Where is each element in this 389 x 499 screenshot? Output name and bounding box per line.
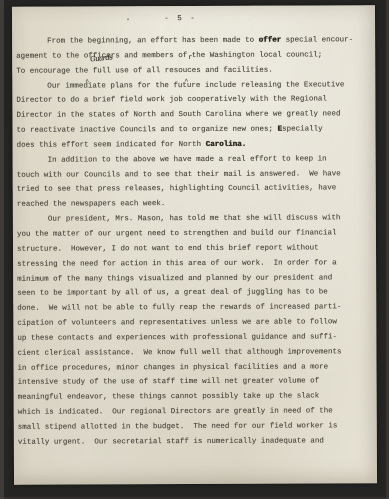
- text-run: reached the newspapers each week.: [17, 200, 166, 209]
- text-run: done. We will not be able to fully reap …: [17, 304, 341, 313]
- document-line: stressing the need for action in this ar…: [17, 256, 369, 272]
- text-run: seen to be important by all of us, a gre…: [17, 289, 328, 298]
- text-run: ces and facilities.: [187, 66, 273, 74]
- text-run: Our immediate plans for the future inclu…: [47, 81, 344, 90]
- text-run: intensive study of the use of staff time…: [18, 378, 320, 387]
- document-line: To encourage theGuards^ full use of all …: [16, 63, 368, 79]
- document-line: to reactivate inactive Councils and to o…: [16, 122, 368, 138]
- document-line: In addition to the above we have made a …: [17, 152, 369, 168]
- document-line: meaningful endeavor, these things cannot…: [18, 389, 370, 405]
- text-run: tried to see that press releases, highli…: [17, 185, 337, 194]
- text-run: vitally urgent. Our secretarial staff is…: [18, 437, 324, 446]
- bold-text: Carolina.: [206, 141, 247, 149]
- document-line: cipation of volunteers and representativ…: [17, 315, 369, 331]
- text-run: Director in the states of North and Sout…: [16, 111, 340, 120]
- document-line: which is indicated. Our regional Directo…: [18, 404, 370, 420]
- text-run: From the beginning, an effort has been m…: [47, 37, 259, 46]
- document-line: structure. However, I do not want to end…: [17, 241, 369, 257]
- document-line: in office procedures, minor changes in p…: [18, 360, 370, 376]
- text-run: small stipend allotted in the budget. Th…: [18, 422, 338, 431]
- document-line: tried to see that press releases, highli…: [17, 182, 369, 198]
- text-run: minimum of the many things visualized an…: [17, 274, 332, 283]
- text-run: structure. However, I do not want to end…: [17, 244, 319, 253]
- text-run: Our president, Mrs. Mason, has told me t…: [48, 214, 341, 223]
- document-line: minimum of the many things visualized an…: [17, 271, 369, 287]
- document-line: small stipend allotted in the budget. Th…: [18, 419, 370, 435]
- text-run: meaningful endeavor, these things cannot…: [18, 393, 320, 402]
- text-run: which is indicated. Our regional Directo…: [18, 407, 333, 416]
- document-line: you the matter of our urgent need to str…: [17, 226, 369, 242]
- document-line: Our immediate plans for the future inclu…: [16, 78, 368, 94]
- document-line: touch with our Councils and to see that …: [17, 167, 369, 183]
- text-run: cient clerical assistance. We know full …: [17, 348, 341, 357]
- document-line: From the beginning, an effort has been m…: [16, 33, 368, 49]
- text-run: touch with our Councils and to see that …: [17, 170, 341, 179]
- document-line: Our president, Mrs. Mason, has told me t…: [17, 211, 369, 227]
- text-run: in office procedures, minor changes in p…: [18, 363, 329, 372]
- text-run: special encour-: [281, 36, 353, 44]
- text-run: specially: [282, 126, 323, 134]
- text-run: To encourage the: [16, 67, 88, 75]
- document-line: done. We will not be able to fully reap …: [17, 300, 369, 316]
- text-run: up these contacts and experiences with p…: [17, 333, 337, 342]
- ink-speck: [127, 18, 129, 20]
- text-run: agement to the officers and members of t…: [16, 51, 322, 60]
- document-line: cient clerical assistance. We know full …: [17, 345, 369, 361]
- text-run: does this effort seem indicated for Nort…: [17, 141, 206, 150]
- document-line: up these contacts and experiences with p…: [17, 330, 369, 346]
- text-run: cipation of volunteers and representativ…: [17, 318, 337, 327]
- document-line: seen to be important by all of us, a gre…: [17, 286, 369, 302]
- document-line: Director to do a brief field work job co…: [16, 93, 368, 109]
- page-number: - 5 -: [12, 14, 349, 23]
- bold-text: offer: [259, 37, 282, 45]
- text-run: In addition to the above we have made a …: [48, 155, 327, 164]
- document-line: does this effort seem indicated for Nort…: [17, 137, 369, 153]
- text-block: From the beginning, an effort has been m…: [16, 33, 370, 450]
- text-run: to reactivate inactive Councils and to o…: [16, 126, 277, 135]
- text-run: full use of all resou: [88, 67, 187, 75]
- document-line: vitally urgent. Our secretarial staff is…: [18, 434, 370, 450]
- document-line: Director in the states of North and Sout…: [16, 107, 368, 123]
- text-run: stressing the need for action in this ar…: [17, 259, 337, 268]
- document-page: - 5 - From the beginning, an effort has …: [12, 5, 377, 485]
- text-run: Director to do a brief field work job co…: [16, 96, 327, 105]
- document-line: reached the newspapers each week.: [17, 197, 369, 213]
- document-line: intensive study of the use of staff time…: [18, 375, 370, 391]
- text-run: you the matter of our urgent need to str…: [17, 229, 337, 238]
- scan-edge-left: [0, 0, 4, 499]
